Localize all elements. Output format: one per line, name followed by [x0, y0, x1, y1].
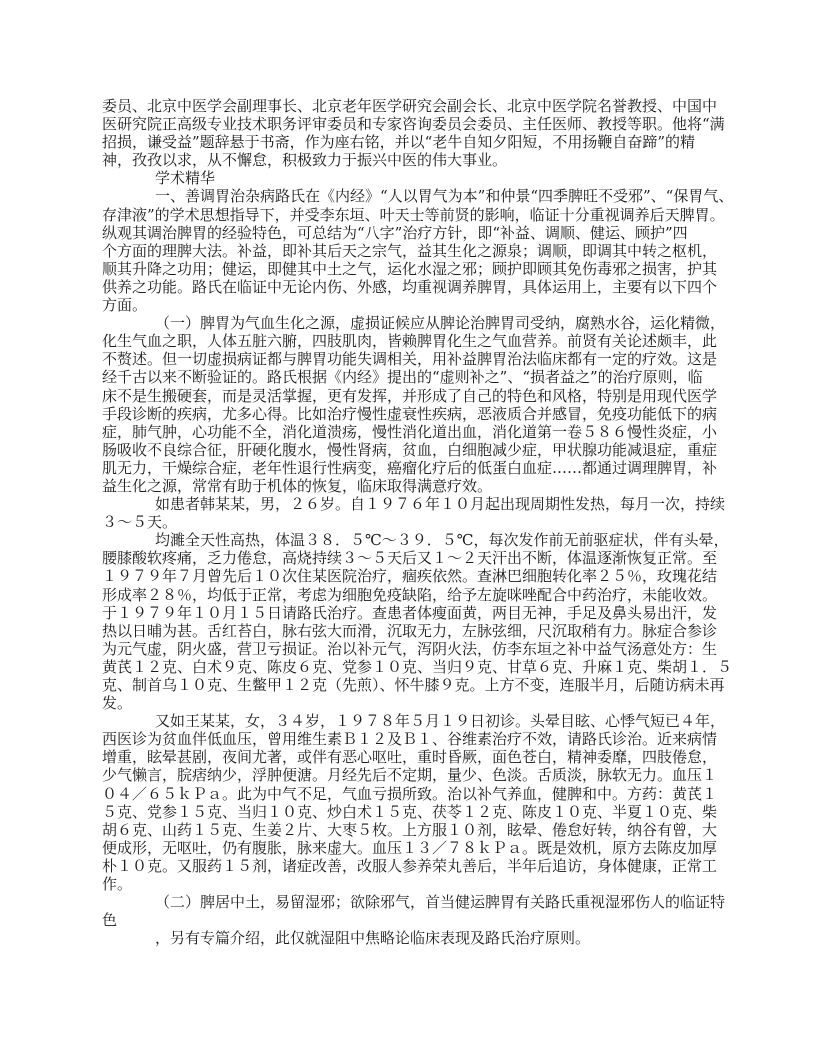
text-line: 又如王某某，女，３４岁，１９７８年５月１９日初诊。头晕目眩、心悸气短已４年， [102, 712, 722, 730]
text-line: 症，肺气肿，心功能不全，消化道溃疡，慢性消化道出血，消化道第一卷５８６慢性炎症，… [102, 423, 722, 441]
text-line: 化生气血之职，人体五脏六腑，四肢肌肉，皆赖脾胃化生之气血营养。前贤有关论述颇丰，… [102, 332, 722, 350]
text-line: 色 [102, 911, 722, 929]
text-line: 为元气虚，阴火盛，营卫亏损证。治以补元气，泻阴火法，仿李东垣之补中益气汤意处方：… [102, 640, 722, 658]
text-line: 肠吸收不良综合征，肝硬化腹水，慢性肾病，贫血，白细胞减少症，甲状腺功能减退症，重… [102, 441, 722, 459]
text-line: 存津液”的学术思想指导下，并受李东垣、叶天士等前贤的影响，临证十分重视调养后天脾… [102, 206, 722, 224]
text-line: 增重，眩晕甚剧，夜间尤著，或伴有恶心呕吐，重时昏厥，面色苍白，精神委靡，四肢倦怠… [102, 748, 722, 766]
text-line: ５克、党参１５克、当归１０克、炒白术１５克、茯苓１２克、陈皮１０克、半夏１０克、… [102, 803, 722, 821]
text-line: 一、善调胃治杂病路氏在《内经》“人以胃气为本”和仲景“四季脾旺不受邪”、“保胃气… [102, 187, 722, 205]
text-line: 黄芪１２克、白术９克、陈皮６克、党参１０克、当归９克、甘草６克、升麻１克、柴胡１… [102, 658, 722, 676]
text-line: 学术精华 [102, 169, 722, 187]
text-line: 益生化之源，常常有助于机体的恢复，临床取得满意疗效。 [102, 477, 722, 495]
text-line: 委员、北京中医学会副理事长、北京老年医学研究会副会长、北京中医学院名誉教授、中国… [102, 97, 722, 115]
text-line: １９７９年７月曾先后１０次住某医院治疗，痼疾依然。查淋巴细胞转化率２５％，玫瑰花… [102, 567, 722, 585]
text-line: 不赘述。但一切虚损病证都与脾胃功能失调相关，用补益脾胃治法临床都有一定的疗效。这… [102, 350, 722, 368]
text-line: 西医诊为贫血伴低血压，曾用维生素Ｂ１２及Ｂ１、谷维素治疗不效，请路氏诊治。近来病… [102, 730, 722, 748]
text-line: 于１９７９年１０月１５日请路氏治疗。查患者体瘦面黄，两目无神，手足及鼻头易出汗，… [102, 604, 722, 622]
text-line: （一）脾胃为气血生化之源，虚损证候应从脾论治脾胃司受纳，腐熟水谷，运化精微， [102, 314, 722, 332]
text-line: 如患者韩某某，男，２６岁。自１９７６年１０月起出现周期性发热，每月一次，持续 [102, 495, 722, 513]
text-line: 少气懒言，脘痞纳少，浮肿便溏。月经先后不定期，量少、色淡。舌质淡，脉软无力。血压… [102, 766, 722, 784]
text-line: ３～５天。 [102, 513, 722, 531]
text-line: 经千古以来不断验证的。路氏根据《内经》提出的“虚则补之”、“损者益之”的治疗原则… [102, 368, 722, 386]
text-line: 个方面的理脾大法。补益，即补其后天之宗气，益其生化之源泉；调顺，即调其中转之枢机… [102, 242, 722, 260]
text-line: 手段诊断的疾病，尤多心得。比如治疗慢性虚衰性疾病，恶液质合并感冒，免疫功能低下的… [102, 405, 722, 423]
text-block: 委员、北京中医学会副理事长、北京老年医学研究会副会长、北京中医学院名誉教授、中国… [102, 97, 722, 947]
text-line: 肌无力，干燥综合症，老年性退行性病变，癌瘤化疗后的低蛋白血症……都通过调理脾胃，… [102, 459, 722, 477]
text-line: 形成率２８％，均低于正常，考虑为细胞免疫缺陷，给予左旋咪唑配合中药治疗，未能收效… [102, 586, 722, 604]
text-line: 神，孜孜以求，从不懈怠，积极致力于振兴中医的伟大事业。 [102, 151, 722, 169]
text-line: 均濉全天性高热，体温３８．５℃～３９．５℃，每次发作前无前驱症状，伴有头晕， [102, 531, 722, 549]
text-line: 热以日晡为甚。舌红苔白，脉右弦大而滑，沉取无力，左脉弦细，尺沉取稍有力。脉症合参… [102, 622, 722, 640]
text-line: 发。 [102, 694, 722, 712]
text-line: 供养之功能。路氏在临证中无论内伤、外感，均重视调养脾胃，具体运用上，主要有以下四… [102, 278, 722, 296]
document-page: 委员、北京中医学会副理事长、北京老年医学研究会副会长、北京中医学院名誉教授、中国… [0, 0, 816, 1056]
text-line: 床不是生搬硬套，而是灵活掌握，更有发挥，并形成了自己的特色和风格，特别是用现代医… [102, 387, 722, 405]
text-line: 顺其升降之功用；健运，即健其中土之气，运化水湿之邪；顾护即顾其免伤毒邪之损害，护… [102, 260, 722, 278]
text-line: （二）脾居中土，易留湿邪；欲除邪气，首当健运脾胃有关路氏重视湿邪伤人的临证特 [102, 893, 722, 911]
text-line: 胡６克、山药１５克、生姜２片、大枣５枚。上方服１０剂，眩晕、倦怠好转，纳谷有曾，… [102, 821, 722, 839]
text-line: 朴１０克。又服药１５剂，诸症改善，改服人参养荣丸善后，半年后追访，身体健康，正常… [102, 857, 722, 875]
text-line: 作。 [102, 875, 722, 893]
text-line: ，另有专篇介绍，此仅就湿阻中焦略论临床表现及路氏治疗原则。 [102, 929, 722, 947]
text-line: 医研究院正高级专业技术职务评审委员和专家咨询委员会委员、主任医师、教授等职。他将… [102, 115, 722, 133]
text-line: 便成形，无呕吐，仍有腹胀，脉来虚大。血压１３／７８ｋＰａ。既是效机，原方去陈皮加… [102, 839, 722, 857]
text-line: 纵观其调治脾胃的经验特色，可总结为“八字”治疗方针，即“补益、调顺、健运、顾护”… [102, 224, 722, 242]
text-line: 克、制首乌１０克、生鳖甲１２克（先煎）、怀牛膝９克。上方不变，连服半月，后随访病… [102, 676, 722, 694]
text-line: 招损，谦受益”题辞悬于书斋，作为座右铭，并以“老牛自知夕阳短，不用扬鞭自奋蹄”的… [102, 133, 722, 151]
text-line: 腰膝酸软疼痛，乏力倦怠，高烧持续３～５天后又１～２天汗出不断，体温逐渐恢复正常。… [102, 549, 722, 567]
text-line: 方面。 [102, 296, 722, 314]
text-line: ０４／６５ｋＰａ。此为中气不足，气血亏损所致。治以补气养血，健脾和中。方药：黄芪… [102, 785, 722, 803]
